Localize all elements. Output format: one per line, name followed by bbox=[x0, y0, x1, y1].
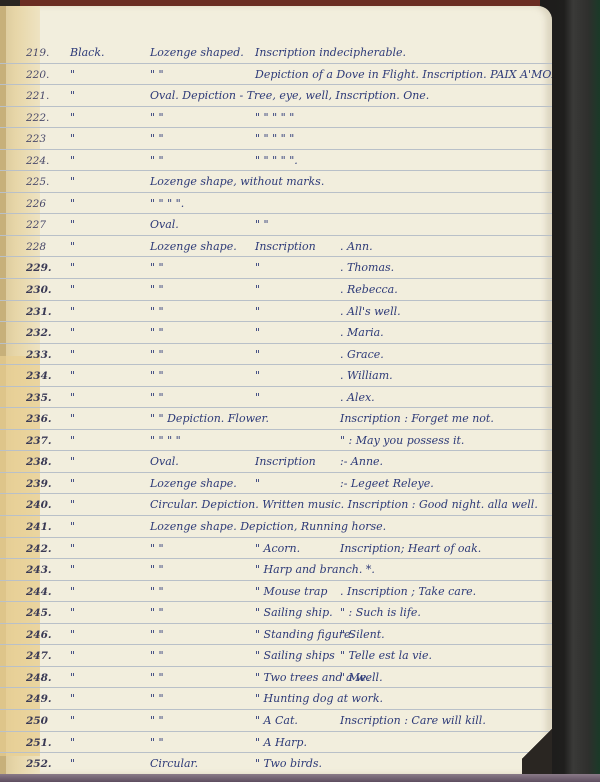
entry-list: 219.Black.Lozenge shaped.Inscription ind… bbox=[0, 42, 552, 774]
entry-shape: Lozenge shape, without marks. bbox=[150, 172, 324, 192]
ledger-entry: 231." " " ". All's well. bbox=[0, 301, 552, 323]
ledger-entry: 232." " " ". Maria. bbox=[0, 322, 552, 344]
ledger-entry: 228"Lozenge shape.Inscription. Ann. bbox=[0, 236, 552, 258]
entry-number: 232. bbox=[26, 323, 52, 343]
entry-shape: Lozenge shape. bbox=[150, 237, 237, 257]
entry-shape: " " bbox=[150, 539, 164, 559]
entry-description: " " " " " bbox=[255, 129, 294, 149]
entry-inscription: . Inscription ; Take care. bbox=[340, 582, 476, 602]
entry-color: " bbox=[70, 65, 75, 85]
entry-shape: " " bbox=[150, 108, 164, 128]
entry-shape: Oval. bbox=[150, 215, 179, 235]
entry-number: 234. bbox=[26, 366, 52, 386]
entry-description: " " bbox=[255, 215, 269, 235]
entry-description: " bbox=[255, 366, 260, 386]
entry-shape: " " bbox=[150, 646, 164, 666]
entry-shape: Lozenge shape. Depiction, Running horse. bbox=[150, 517, 386, 537]
ledger-entry: 227" Oval. " " bbox=[0, 214, 552, 236]
entry-inscription: . Thomas. bbox=[340, 258, 394, 278]
entry-description: " A Harp. bbox=[255, 733, 307, 753]
entry-inscription: . Maria. bbox=[340, 323, 384, 343]
entry-shape: " " " " bbox=[150, 431, 181, 451]
entry-number: 229. bbox=[26, 258, 52, 278]
entry-description: " bbox=[255, 258, 260, 278]
entry-number: 242. bbox=[26, 539, 52, 559]
entry-description: Inscription bbox=[255, 237, 316, 257]
entry-number: 228 bbox=[26, 237, 46, 257]
entry-description: " Hunting dog at work. bbox=[255, 689, 383, 709]
entry-number: 219. bbox=[26, 43, 49, 63]
entry-description: " bbox=[255, 280, 260, 300]
ledger-entry: 223"" "" " " " " bbox=[0, 128, 552, 150]
ledger-entry: 244." " " " Mouse trap. Inscription ; Ta… bbox=[0, 581, 552, 603]
entry-color: " bbox=[70, 215, 75, 235]
entry-number: 235. bbox=[26, 388, 52, 408]
entry-shape: " " bbox=[150, 603, 164, 623]
entry-shape: " " bbox=[150, 560, 164, 580]
entry-number: 225. bbox=[26, 172, 49, 192]
entry-shape: " " bbox=[150, 582, 164, 602]
entry-color: " bbox=[70, 452, 75, 472]
entry-shape: Circular. Depiction. Written music. Insc… bbox=[150, 495, 538, 515]
entry-inscription: . All's well. bbox=[340, 302, 401, 322]
entry-inscription: " : May you possess it. bbox=[340, 431, 464, 451]
ledger-entry: 221."Oval. Depiction - Tree, eye, well, … bbox=[0, 85, 552, 107]
entry-color: " bbox=[70, 711, 75, 731]
ledger-entry: 233." " " ". Grace. bbox=[0, 344, 552, 366]
entry-number: 230. bbox=[26, 280, 52, 300]
ledger-entry: 249." " " " Hunting dog at work. bbox=[0, 688, 552, 710]
entry-number: 221. bbox=[26, 86, 49, 106]
entry-number: 243. bbox=[26, 560, 52, 580]
entry-color: " bbox=[70, 172, 75, 192]
entry-inscription: :- Legeet Releye. bbox=[340, 474, 434, 494]
entry-description: " bbox=[255, 474, 260, 494]
entry-inscription: Inscription : Forget me not. bbox=[340, 409, 494, 429]
entry-color: " bbox=[70, 582, 75, 602]
ledger-entry: 242." " " " Acorn.Inscription; Heart of … bbox=[0, 538, 552, 560]
entry-color: " bbox=[70, 366, 75, 386]
entry-number: 241. bbox=[26, 517, 52, 537]
entry-description: " Sailing ship. bbox=[255, 603, 333, 623]
entry-number: 248. bbox=[26, 668, 52, 688]
entry-inscription: " Telle est la vie. bbox=[340, 646, 432, 666]
entry-color: " bbox=[70, 517, 75, 537]
entry-color: " bbox=[70, 280, 75, 300]
ledger-entry: 230." " " ". Rebecca. bbox=[0, 279, 552, 301]
entry-shape: Oval. Depiction - Tree, eye, well, Inscr… bbox=[150, 86, 429, 106]
entry-number: 250 bbox=[26, 711, 48, 731]
entry-description: " bbox=[255, 388, 260, 408]
entry-number: 251. bbox=[26, 733, 52, 753]
entry-color: " bbox=[70, 495, 75, 515]
entry-color: " bbox=[70, 625, 75, 645]
entry-description: " " " " " bbox=[255, 108, 294, 128]
entry-shape: " " bbox=[150, 668, 164, 688]
entry-shape: Lozenge shape. bbox=[150, 474, 237, 494]
entry-number: 237. bbox=[26, 431, 52, 451]
entry-color: " bbox=[70, 539, 75, 559]
entry-color: " bbox=[70, 302, 75, 322]
entry-shape: Lozenge shaped. bbox=[150, 43, 244, 63]
entry-description: " Harp and branch. *. bbox=[255, 560, 375, 580]
entry-shape: " " " ". bbox=[150, 194, 184, 214]
entry-inscription: . Rebecca. bbox=[340, 280, 398, 300]
entry-shape: " " bbox=[150, 302, 164, 322]
ledger-entry: 220."" "Depiction of a Dove in Flight. I… bbox=[0, 64, 552, 86]
ledger-page: 219.Black.Lozenge shaped.Inscription ind… bbox=[0, 6, 552, 774]
entry-number: 226 bbox=[26, 194, 46, 214]
entry-number: 247. bbox=[26, 646, 52, 666]
entry-inscription: . Ann. bbox=[340, 237, 373, 257]
entry-color: " bbox=[70, 689, 75, 709]
entry-color: " bbox=[70, 151, 75, 171]
entry-shape: " " bbox=[150, 388, 164, 408]
entry-color: " bbox=[70, 754, 75, 774]
entry-description: " Two birds. bbox=[255, 754, 322, 774]
ledger-entry: 236." " " Depiction. Flower.Inscription … bbox=[0, 408, 552, 430]
entry-inscription: Inscription : Care will kill. bbox=[340, 711, 486, 731]
entry-color: " bbox=[70, 474, 75, 494]
entry-inscription: Inscription; Heart of oak. bbox=[340, 539, 481, 559]
entry-shape: " " bbox=[150, 151, 164, 171]
entry-color: " bbox=[70, 258, 75, 278]
entry-description: " Mouse trap bbox=[255, 582, 327, 602]
entry-number: 252. bbox=[26, 754, 52, 774]
entry-number: 239. bbox=[26, 474, 52, 494]
entry-color: " bbox=[70, 431, 75, 451]
entry-color: " bbox=[70, 345, 75, 365]
entry-number: 240. bbox=[26, 495, 52, 515]
entry-shape: Oval. bbox=[150, 452, 179, 472]
entry-color: " bbox=[70, 388, 75, 408]
ledger-entry: 241."Lozenge shape. Depiction, Running h… bbox=[0, 516, 552, 538]
entry-description: " A Cat. bbox=[255, 711, 298, 731]
entry-description: " bbox=[255, 345, 260, 365]
entry-shape: " " bbox=[150, 366, 164, 386]
entry-description: " bbox=[255, 323, 260, 343]
entry-color: " bbox=[70, 668, 75, 688]
entry-shape: " " bbox=[150, 689, 164, 709]
entry-description: " " " " ". bbox=[255, 151, 298, 171]
entry-shape: " " bbox=[150, 711, 164, 731]
entry-color: " bbox=[70, 646, 75, 666]
entry-number: 223 bbox=[26, 129, 46, 149]
entry-color: " bbox=[70, 108, 75, 128]
ledger-entry: 243." " " " Harp and branch. *. bbox=[0, 559, 552, 581]
entry-shape: Circular. bbox=[150, 754, 198, 774]
ledger-entry: 247." " " " Sailing ships " Telle est la… bbox=[0, 645, 552, 667]
entry-number: 236. bbox=[26, 409, 52, 429]
entry-number: 224. bbox=[26, 151, 49, 171]
entry-shape: " " Depiction. Flower. bbox=[150, 409, 269, 429]
ledger-entry: 250" " " " A Cat.Inscription : Care will… bbox=[0, 710, 552, 732]
ledger-entry: 239."Lozenge shape. ":- Legeet Releye. bbox=[0, 473, 552, 495]
entry-inscription: " Me. bbox=[340, 668, 370, 688]
ledger-entry: 224."" "" " " " ". bbox=[0, 150, 552, 172]
entry-number: 246. bbox=[26, 625, 52, 645]
entry-number: 233. bbox=[26, 345, 52, 365]
entry-number: 231. bbox=[26, 302, 52, 322]
entry-inscription: :- Anne. bbox=[340, 452, 383, 472]
ledger-entry: 251." " " " A Harp. bbox=[0, 732, 552, 754]
ledger-entry: 235." " " ". Alex. bbox=[0, 387, 552, 409]
ledger-entry: 229." " " ". Thomas. bbox=[0, 257, 552, 279]
entry-color: " bbox=[70, 194, 75, 214]
ledger-entry: 225."Lozenge shape, without marks. bbox=[0, 171, 552, 193]
entry-description: " Sailing ships bbox=[255, 646, 335, 666]
table-surface bbox=[0, 774, 600, 782]
entry-description: Inscription bbox=[255, 452, 316, 472]
entry-inscription: " : Such is life. bbox=[340, 603, 421, 623]
entry-color: " bbox=[70, 603, 75, 623]
ledger-entry: 246." " " " Standing figure. " Silent. bbox=[0, 624, 552, 646]
entry-shape: " " bbox=[150, 733, 164, 753]
entry-number: 238. bbox=[26, 452, 52, 472]
entry-shape: " " bbox=[150, 65, 164, 85]
ledger-entry: 245." " " " Sailing ship. " : Such is li… bbox=[0, 602, 552, 624]
ledger-entry: 248." " " " Two trees and a well. " Me. bbox=[0, 667, 552, 689]
entry-shape: " " bbox=[150, 323, 164, 343]
ledger-entry: 237." " " " " " : May you possess it. bbox=[0, 430, 552, 452]
entry-shape: " " bbox=[150, 129, 164, 149]
entry-number: 249. bbox=[26, 689, 52, 709]
entry-shape: " " bbox=[150, 625, 164, 645]
entry-description: Depiction of a Dove in Flight. Inscripti… bbox=[255, 65, 552, 85]
entry-shape: " " bbox=[150, 280, 164, 300]
entry-inscription: . William. bbox=[340, 366, 393, 386]
entry-number: 244. bbox=[26, 582, 52, 602]
entry-color: Black. bbox=[70, 43, 104, 63]
entry-number: 222. bbox=[26, 108, 49, 128]
entry-color: " bbox=[70, 560, 75, 580]
entry-description: " Acorn. bbox=[255, 539, 300, 559]
ledger-entry: 222."" "" " " " " bbox=[0, 107, 552, 129]
entry-color: " bbox=[70, 129, 75, 149]
entry-description: " bbox=[255, 302, 260, 322]
entry-inscription: . Alex. bbox=[340, 388, 375, 408]
entry-color: " bbox=[70, 323, 75, 343]
ledger-entry: 252."Circular. " Two birds. bbox=[0, 753, 552, 774]
entry-inscription: . Grace. bbox=[340, 345, 384, 365]
entry-description: Inscription indecipherable. bbox=[255, 43, 406, 63]
entry-number: 220. bbox=[26, 65, 49, 85]
entry-shape: " " bbox=[150, 258, 164, 278]
entry-color: " bbox=[70, 733, 75, 753]
entry-number: 227 bbox=[26, 215, 46, 235]
entry-color: " bbox=[70, 409, 75, 429]
entry-color: " bbox=[70, 86, 75, 106]
entry-color: " bbox=[70, 237, 75, 257]
ledger-entry: 240."Circular. Depiction. Written music.… bbox=[0, 494, 552, 516]
entry-number: 245. bbox=[26, 603, 52, 623]
ledger-entry: 219.Black.Lozenge shaped.Inscription ind… bbox=[0, 42, 552, 64]
entry-shape: " " bbox=[150, 345, 164, 365]
ledger-entry: 238." Oval.Inscription:- Anne. bbox=[0, 451, 552, 473]
ledger-entry: 226" " " " ". bbox=[0, 193, 552, 215]
entry-inscription: " Silent. bbox=[340, 625, 385, 645]
ledger-entry: 234." " " ". William. bbox=[0, 365, 552, 387]
